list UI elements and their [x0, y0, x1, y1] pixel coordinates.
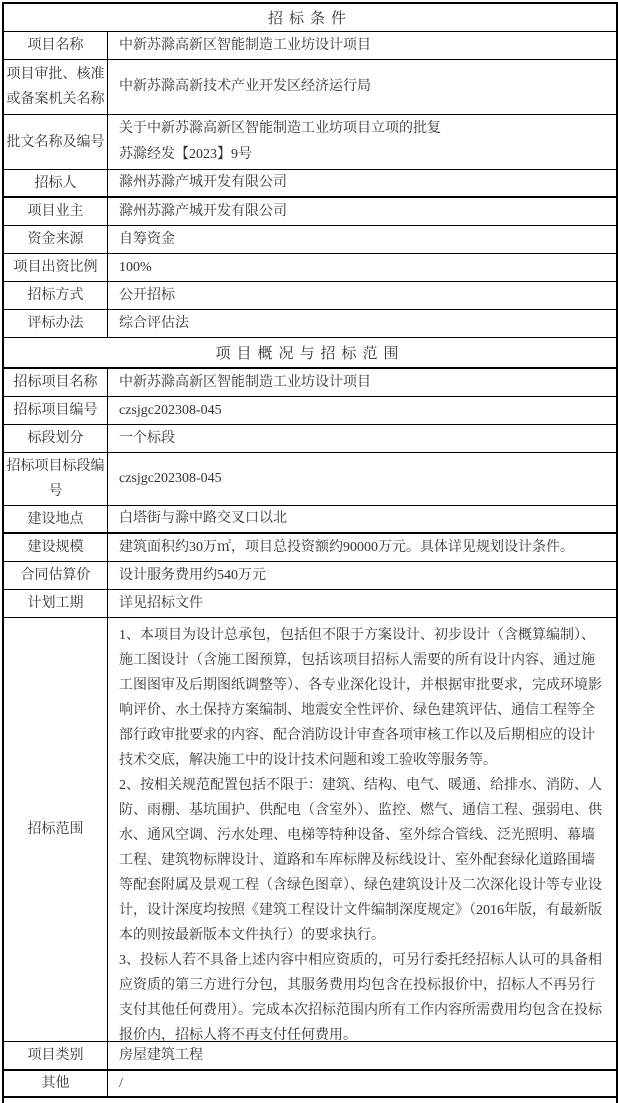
- row-label: 项目审批、核准 或备案机关名称: [4, 60, 108, 114]
- table-row-construction-site: 建设地点 白塔街与滁中路交叉口以北: [4, 506, 616, 534]
- table-row-approval-authority: 项目审批、核准 或备案机关名称 中新苏滁高新技术产业开发区经济运行局: [4, 60, 616, 115]
- row-label: 招标项目名称: [4, 369, 108, 396]
- row-label: 项目出资比例: [4, 254, 108, 281]
- row-value: 滁州苏滁产城开发有限公司: [108, 170, 616, 196]
- table-row-tender-scope: 招标范围 1、本项目为设计总承包，包括但不限于方案设计、初步设计（含概算编制）、…: [4, 618, 616, 1042]
- row-value: 中新苏滁高新技术产业开发区经济运行局: [108, 60, 616, 114]
- table-row-evaluation-method: 评标办法 综合评估法: [4, 310, 616, 338]
- row-value: 中新苏滁高新区智能制造工业坊设计项目: [108, 369, 616, 396]
- row-value: czsjgc202308-045: [108, 397, 616, 424]
- row-value: 1、本项目为设计总承包，包括但不限于方案设计、初步设计（含概算编制）、施工图设计…: [108, 618, 616, 1041]
- row-label: 项目业主: [4, 198, 108, 225]
- tender-conditions-table: 招标条件 项目名称 中新苏滁高新区智能制造工业坊设计项目 项目审批、核准 或备案…: [2, 2, 618, 1098]
- table-row-tender-project-number: 招标项目编号 czsjgc202308-045: [4, 397, 616, 425]
- row-value: /: [108, 1071, 616, 1096]
- row-value: 公开招标: [108, 282, 616, 309]
- row-value: 自筹资金: [108, 226, 616, 253]
- section-title: 招标条件: [4, 7, 616, 28]
- row-label: 批文名称及编号: [4, 115, 108, 169]
- row-value: 综合评估法: [108, 310, 616, 337]
- row-label: 建设规模: [4, 534, 108, 561]
- table-row-tender-project-name: 招标项目名称 中新苏滁高新区智能制造工业坊设计项目: [4, 369, 616, 397]
- row-label: 标段划分: [4, 425, 108, 452]
- row-label: 建设地点: [4, 506, 108, 532]
- row-value: 关于中新苏滁高新区智能制造工业坊项目立项的批复 苏滁经发【2023】9号: [108, 115, 616, 169]
- section-header-tender-conditions: 招标条件: [4, 4, 616, 32]
- row-label: 招标范围: [4, 618, 108, 1041]
- row-value: 滁州苏滁产城开发有限公司: [108, 198, 616, 225]
- table-row-lot-division: 标段划分 一个标段: [4, 425, 616, 453]
- row-label: 项目名称: [4, 32, 108, 59]
- table-row-tender-method: 招标方式 公开招标: [4, 282, 616, 310]
- row-value: czsjgc202308-045: [108, 453, 616, 505]
- table-row-funding-source: 资金来源 自筹资金: [4, 226, 616, 254]
- table-row-lot-number: 招标项目标段编 号 czsjgc202308-045: [4, 453, 616, 506]
- row-label: 招标项目标段编 号: [4, 453, 108, 505]
- section-title: 项目概况与招标范围: [4, 342, 616, 363]
- row-label: 计划工期: [4, 590, 108, 617]
- table-row-planned-duration: 计划工期 详见招标文件: [4, 590, 616, 618]
- row-label: 评标办法: [4, 310, 108, 337]
- row-value: 建筑面积约30万㎡，项目总投资额约90000万元。具体详见规划设计条件。: [108, 534, 616, 561]
- table-row-project-owner: 项目业主 滁州苏滁产城开发有限公司: [4, 198, 616, 226]
- row-label: 其他: [4, 1071, 108, 1096]
- row-value: 详见招标文件: [108, 590, 616, 617]
- table-row-other: 其他 /: [4, 1071, 616, 1098]
- table-row-project-name: 项目名称 中新苏滁高新区智能制造工业坊设计项目: [4, 32, 616, 60]
- row-value: 中新苏滁高新区智能制造工业坊设计项目: [108, 32, 616, 59]
- table-row-contract-estimate: 合同估算价 设计服务费用约540万元: [4, 562, 616, 590]
- section-header-project-overview: 项目概况与招标范围: [4, 338, 616, 369]
- table-row-project-category: 项目类别 房屋建筑工程: [4, 1042, 616, 1071]
- row-label: 合同估算价: [4, 562, 108, 589]
- row-value: 白塔街与滁中路交叉口以北: [108, 506, 616, 532]
- row-label: 招标项目编号: [4, 397, 108, 424]
- row-value: 100%: [108, 254, 616, 281]
- table-row-approval-doc: 批文名称及编号 关于中新苏滁高新区智能制造工业坊项目立项的批复 苏滁经发【202…: [4, 115, 616, 170]
- row-value: 设计服务费用约540万元: [108, 562, 616, 589]
- row-label: 招标人: [4, 170, 108, 196]
- table-row-funding-ratio: 项目出资比例 100%: [4, 254, 616, 282]
- row-value: 房屋建筑工程: [108, 1042, 616, 1069]
- row-value: 一个标段: [108, 425, 616, 452]
- row-label: 资金来源: [4, 226, 108, 253]
- row-label: 项目类别: [4, 1042, 108, 1069]
- table-row-tenderer: 招标人 滁州苏滁产城开发有限公司: [4, 170, 616, 198]
- table-row-construction-scale: 建设规模 建筑面积约30万㎡，项目总投资额约90000万元。具体详见规划设计条件…: [4, 534, 616, 562]
- row-label: 招标方式: [4, 282, 108, 309]
